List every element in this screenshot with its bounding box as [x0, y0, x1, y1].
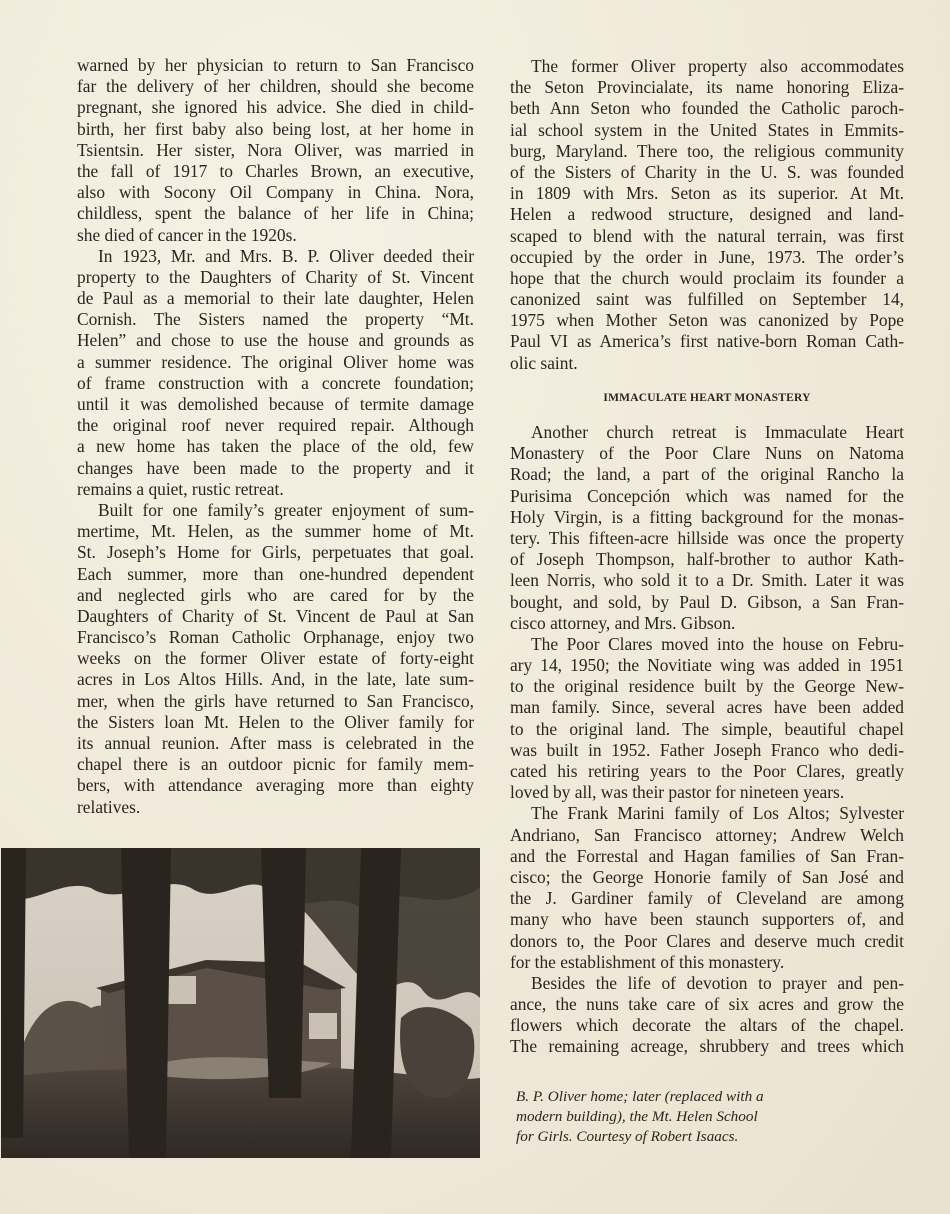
text-line: Tsientsin. Her sister, Nora Oliver, was …	[77, 140, 474, 161]
text-line: donors to, the Poor Clares and deserve m…	[510, 931, 904, 952]
text-line: occupied by the order in June, 1973. The…	[510, 247, 904, 268]
text-line: until it was demolished because of termi…	[77, 394, 474, 415]
text-line: Besides the life of devotion to prayer a…	[510, 973, 904, 994]
text-line: The remaining acreage, shrubbery and tre…	[510, 1036, 904, 1057]
text-line: scaped to blend with the natural terrain…	[510, 226, 904, 247]
left-column: warned by her physician to return to San…	[77, 55, 474, 818]
house-among-trees-photo	[1, 848, 480, 1158]
text-line: of frame construction with a concrete fo…	[77, 373, 474, 394]
text-line: many who have been staunch supporters of…	[510, 909, 904, 930]
text-line: she died of cancer in the 1920s.	[77, 225, 474, 246]
text-line: Holy Virgin, is a fitting background for…	[510, 507, 904, 528]
text-line: to the original residence built by the G…	[510, 676, 904, 697]
text-line: pregnant, she ignored his advice. She di…	[77, 97, 474, 118]
text-line: cisco attorney, and Mrs. Gibson.	[510, 613, 904, 634]
text-line: leen Norris, who sold it to a Dr. Smith.…	[510, 570, 904, 591]
text-line: Road; the land, a part of the original R…	[510, 464, 904, 485]
text-line: chapel there is an outdoor picnic for fa…	[77, 754, 474, 775]
text-line: of Joseph Thompson, half-brother to auth…	[510, 549, 904, 570]
text-line: childless, spent the balance of her life…	[77, 203, 474, 224]
text-line: Built for one family’s greater enjoyment…	[77, 500, 474, 521]
text-line: the original roof never required repair.…	[77, 415, 474, 436]
text-line: burg, Maryland. There too, the religious…	[510, 141, 904, 162]
text-line: Cornish. The Sisters named the property …	[77, 309, 474, 330]
text-line: far the delivery of her children, should…	[77, 76, 474, 97]
paragraph-poor-clares-moved: The Poor Clares moved into the house on …	[510, 634, 904, 804]
paragraph-summer-home: Built for one family’s greater enjoyment…	[77, 500, 474, 818]
text-line: also with Socony Oil Company in China. N…	[77, 182, 474, 203]
text-line: bought, and sold, by Paul D. Gibson, a S…	[510, 592, 904, 613]
text-line: hope that the church would proclaim its …	[510, 268, 904, 289]
paragraph-supporters: The Frank Marini family of Los Altos; Sy…	[510, 803, 904, 973]
text-line: a new home has taken the place of the ol…	[77, 436, 474, 457]
text-line: the fall of 1917 to Charles Brown, an ex…	[77, 161, 474, 182]
text-line: Monastery of the Poor Clare Nuns on Nato…	[510, 443, 904, 464]
text-line: property to the Daughters of Charity of …	[77, 267, 474, 288]
text-line: Purisima Concepción which was named for …	[510, 486, 904, 507]
paragraph-seton-provincialate: The former Oliver property also accommod…	[510, 56, 904, 374]
text-line: ial school system in the United States i…	[510, 120, 904, 141]
text-line: olic saint.	[510, 353, 904, 374]
text-line: Paul VI as America’s first native-born R…	[510, 331, 904, 352]
text-line: loved by all, was their pastor for ninet…	[510, 782, 904, 803]
text-line: Each summer, more than one-hundred depen…	[77, 564, 474, 585]
text-line: cated his retiring years to the Poor Cla…	[510, 761, 904, 782]
text-line: of the Sisters of Charity in the U. S. w…	[510, 162, 904, 183]
caption-line: modern building), the Mt. Helen School	[516, 1107, 826, 1127]
text-line: beth Ann Seton who founded the Catholic …	[510, 98, 904, 119]
text-line: for the establishment of this monastery.	[510, 952, 904, 973]
text-line: tery. This fifteen-acre hillside was onc…	[510, 528, 904, 549]
text-line: its annual reunion. After mass is celebr…	[77, 733, 474, 754]
text-line: man family. Since, several acres have be…	[510, 697, 904, 718]
text-line: flowers which decorate the altars of the…	[510, 1015, 904, 1036]
paragraph-deeded-property: In 1923, Mr. and Mrs. B. P. Oliver deede…	[77, 246, 474, 500]
text-line: mertime, Mt. Helen, as the summer home o…	[77, 521, 474, 542]
text-line: birth, her first baby also being lost, a…	[77, 119, 474, 140]
text-line: 1975 when Mother Seton was canonized by …	[510, 310, 904, 331]
text-line: Another church retreat is Immaculate Hea…	[510, 422, 904, 443]
text-line: remains a quiet, rustic retreat.	[77, 479, 474, 500]
text-line: acres in Los Altos Hills. And, in the la…	[77, 669, 474, 690]
right-column-top: The former Oliver property also accommod…	[510, 56, 904, 374]
text-line: Francisco’s Roman Catholic Orphanage, en…	[77, 627, 474, 648]
caption-line: for Girls. Courtesy of Robert Isaacs.	[516, 1127, 826, 1147]
text-line: Andriano, San Francisco attorney; Andrew…	[510, 825, 904, 846]
text-line: The Poor Clares moved into the house on …	[510, 634, 904, 655]
text-line: a summer residence. The original Oliver …	[77, 352, 474, 373]
text-line: warned by her physician to return to San…	[77, 55, 474, 76]
text-line: Helen” and chose to use the house and gr…	[77, 330, 474, 351]
text-line: and the Forrestal and Hagan families of …	[510, 846, 904, 867]
text-line: weeks on the former Oliver estate of for…	[77, 648, 474, 669]
text-line: relatives.	[77, 797, 474, 818]
text-line: cisco; the George Honorie family of San …	[510, 867, 904, 888]
section-heading: IMMACULATE HEART MONASTERY	[510, 392, 904, 404]
text-line: Daughters of Charity of St. Vincent de P…	[77, 606, 474, 627]
text-line: mer, when the girls have returned to San…	[77, 691, 474, 712]
right-column-bottom: Another church retreat is Immaculate Hea…	[510, 422, 904, 1058]
text-line: ary 14, 1950; the Novitiate wing was add…	[510, 655, 904, 676]
text-line: the J. Gardiner family of Cleveland are …	[510, 888, 904, 909]
text-line: the Seton Provincialate, its name honori…	[510, 77, 904, 98]
caption-line: B. P. Oliver home; later (replaced with …	[516, 1087, 826, 1107]
text-line: the Sisters loan Mt. Helen to the Oliver…	[77, 712, 474, 733]
text-line: and neglected girls who are cared for by…	[77, 585, 474, 606]
photo-illustration	[1, 848, 480, 1158]
text-line: changes have been made to the property a…	[77, 458, 474, 479]
text-line: The Frank Marini family of Los Altos; Sy…	[510, 803, 904, 824]
text-line: St. Joseph’s Home for Girls, perpetuates…	[77, 542, 474, 563]
paragraph-devotion: Besides the life of devotion to prayer a…	[510, 973, 904, 1058]
text-line: ance, the nuns take care of six acres an…	[510, 994, 904, 1015]
text-line: In 1923, Mr. and Mrs. B. P. Oliver deede…	[77, 246, 474, 267]
text-line: de Paul as a memorial to their late daug…	[77, 288, 474, 309]
text-line: canonized saint was fulfilled on Septemb…	[510, 289, 904, 310]
photo-caption: B. P. Oliver home; later (replaced with …	[516, 1087, 826, 1147]
text-line: Helen a redwood structure, designed and …	[510, 204, 904, 225]
text-line: bers, with attendance averaging more tha…	[77, 775, 474, 796]
paragraph-sister-nora: warned by her physician to return to San…	[77, 55, 474, 246]
text-line: to the original land. The simple, beauti…	[510, 719, 904, 740]
text-line: The former Oliver property also accommod…	[510, 56, 904, 77]
text-line: was built in 1952. Father Joseph Franco …	[510, 740, 904, 761]
text-line: in 1809 with Mrs. Seton as its superior.…	[510, 183, 904, 204]
paragraph-monastery-intro: Another church retreat is Immaculate Hea…	[510, 422, 904, 634]
